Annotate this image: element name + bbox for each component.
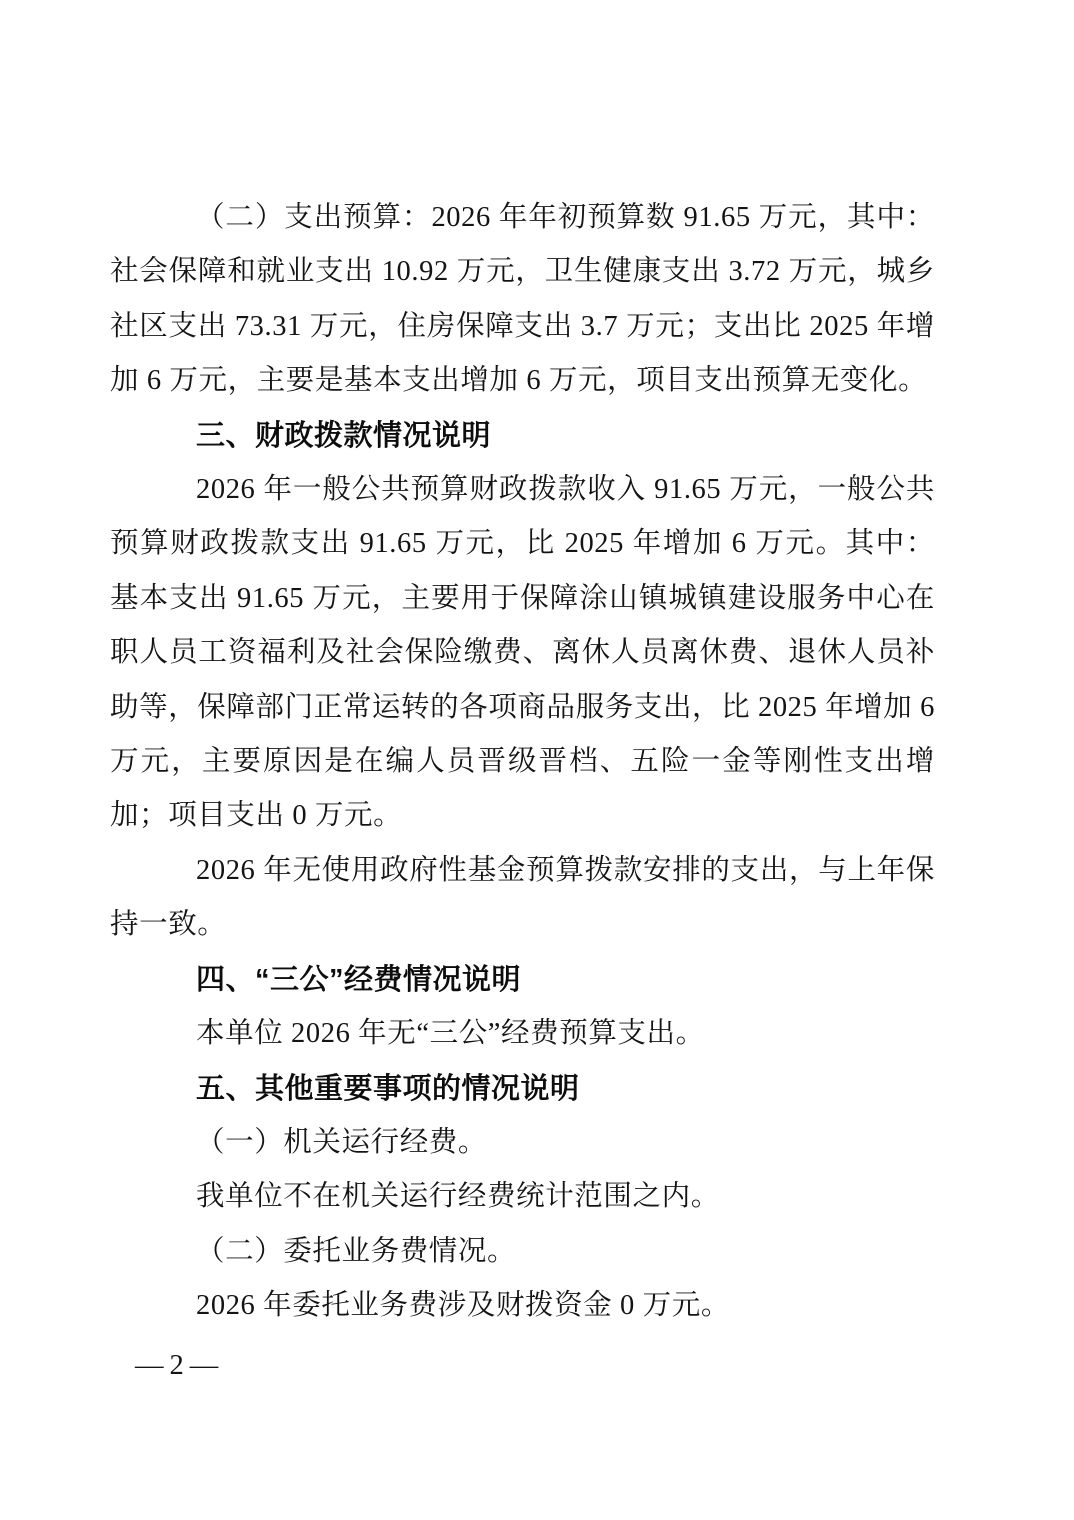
paragraph-government-fund-budget: 2026 年无使用政府性基金预算拨款安排的支出，与上年保持一致。 [110, 844, 935, 953]
paragraph-expenditure-budget: （二）支出预算：2026 年年初预算数 91.65 万元，其中：社会保障和就业支… [110, 191, 935, 409]
document-body: （二）支出预算：2026 年年初预算数 91.65 万元，其中：社会保障和就业支… [110, 191, 935, 1334]
heading-section4-three-public-expenses: 四、“三公”经费情况说明 [110, 953, 935, 1007]
paragraph-entrusted-business-fee-note: 2026 年委托业务费涉及财拨资金 0 万元。 [110, 1279, 935, 1333]
page-number: —2— [135, 1346, 224, 1386]
heading-section3-fiscal-appropriation: 三、财政拨款情况说明 [110, 409, 935, 463]
document-page: （二）支出预算：2026 年年初预算数 91.65 万元，其中：社会保障和就业支… [0, 0, 1074, 1520]
heading-section5-other-important-matters: 五、其他重要事项的情况说明 [110, 1062, 935, 1116]
paragraph-agency-operating-expense-title: （一）机关运行经费。 [110, 1116, 935, 1170]
paragraph-fiscal-appropriation-detail: 2026 年一般公共预算财政拨款收入 91.65 万元，一般公共预算财政拨款支出… [110, 463, 935, 844]
paragraph-agency-operating-expense-note: 我单位不在机关运行经费统计范围之内。 [110, 1170, 935, 1224]
paragraph-entrusted-business-fee-title: （二）委托业务费情况。 [110, 1225, 935, 1279]
paragraph-three-public-expenses: 本单位 2026 年无“三公”经费预算支出。 [110, 1007, 935, 1061]
